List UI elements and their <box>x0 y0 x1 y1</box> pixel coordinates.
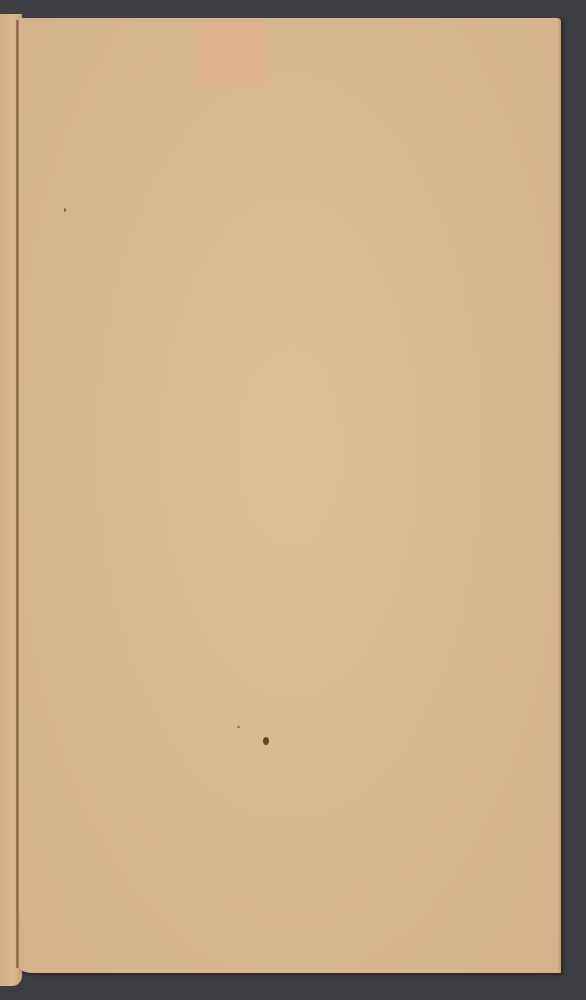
blank-page <box>19 18 561 973</box>
paper-speck <box>64 208 66 212</box>
paper-speck <box>263 737 269 745</box>
paper-speck <box>237 726 240 728</box>
page-edge-shadow <box>557 18 561 973</box>
library-stamp <box>195 24 265 86</box>
